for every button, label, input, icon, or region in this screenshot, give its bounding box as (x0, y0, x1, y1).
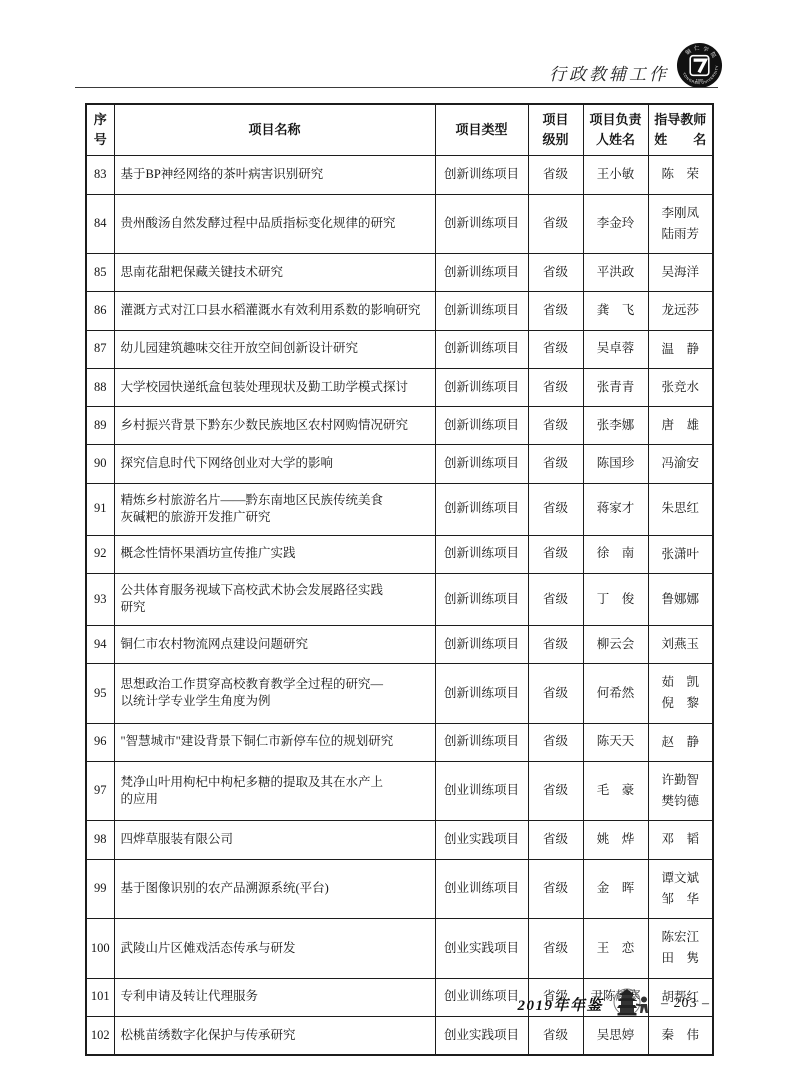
cell-type: 创新训练项目 (435, 368, 528, 406)
cell-level: 省级 (528, 330, 583, 368)
header-no: 序 号 (86, 104, 114, 156)
cell-leader: 蒋家才 (583, 483, 648, 535)
cell-teacher: 冯渝安 (648, 445, 713, 483)
cell-name: 思想政治工作贯穿高校教育教学全过程的研究— 以统计学专业学生角度为例 (114, 664, 435, 724)
cell-level: 省级 (528, 483, 583, 535)
table-row: 96"智慧城市"建设背景下铜仁市新停车位的规划研究创新训练项目省级陈天天赵 静 (86, 723, 713, 761)
yearbook-title: 2019年年鉴 (517, 994, 603, 1015)
cell-teacher: 陈宏江 田 隽 (648, 919, 713, 979)
cell-name: 铜仁市农村物流网点建设问题研究 (114, 625, 435, 663)
cell-type: 创新训练项目 (435, 483, 528, 535)
table-row: 102松桃苗绣数字化保护与传承研究创业实践项目省级吴思婷秦 伟 (86, 1016, 713, 1055)
cell-teacher: 谭文斌 邹 华 (648, 859, 713, 919)
cell-name: 贵州酸汤自然发酵过程中品质指标变化规律的研究 (114, 194, 435, 254)
cell-leader: 金 晖 (583, 859, 648, 919)
page-number: – 203 – (661, 996, 710, 1012)
cell-teacher: 温 静 (648, 330, 713, 368)
cell-name: 灌溉方式对江口县水稻灌溉水有效利用系数的影响研究 (114, 292, 435, 330)
projects-table-body: 83基于BP神经网络的茶叶病害识别研究创新训练项目省级王小敏陈 荣84贵州酸汤自… (86, 156, 713, 1055)
cell-name: "智慧城市"建设背景下铜仁市新停车位的规划研究 (114, 723, 435, 761)
cell-name: 幼儿园建筑趣味交往开放空间创新设计研究 (114, 330, 435, 368)
table-row: 88大学校园快递纸盒包装处理现状及勤工助学模式探讨创新训练项目省级张青青张竞水 (86, 368, 713, 406)
cell-name: 思南花甜粑保藏关键技术研究 (114, 254, 435, 292)
cell-teacher: 龙远莎 (648, 292, 713, 330)
cell-leader: 张李娜 (583, 407, 648, 445)
cell-leader: 龚 飞 (583, 292, 648, 330)
header-level: 项目 级别 (528, 104, 583, 156)
cell-no: 92 (86, 535, 114, 573)
cell-no: 94 (86, 625, 114, 663)
yearbook-pagoda-icon (612, 986, 652, 1022)
table-header-row: 序 号 项目名称 项目类型 项目 级别 项目负责 人姓名 指导教师 姓 名 (86, 104, 713, 156)
cell-name: 概念性情怀果酒坊宣传推广实践 (114, 535, 435, 573)
table-row: 100武陵山片区傩戏活态传承与研发创业实践项目省级王 恋陈宏江 田 隽 (86, 919, 713, 979)
cell-level: 省级 (528, 1016, 583, 1055)
cell-teacher: 赵 静 (648, 723, 713, 761)
cell-teacher: 许勤智 樊钧德 (648, 761, 713, 821)
cell-teacher: 秦 伟 (648, 1016, 713, 1055)
cell-level: 省级 (528, 445, 583, 483)
cell-name: 大学校园快递纸盒包装处理现状及勤工助学模式探讨 (114, 368, 435, 406)
cell-level: 省级 (528, 368, 583, 406)
cell-leader: 吴思婷 (583, 1016, 648, 1055)
cell-type: 创新训练项目 (435, 573, 528, 625)
cell-no: 93 (86, 573, 114, 625)
cell-type: 创新训练项目 (435, 625, 528, 663)
cell-no: 98 (86, 821, 114, 859)
cell-level: 省级 (528, 194, 583, 254)
cell-type: 创新训练项目 (435, 254, 528, 292)
header-name: 项目名称 (114, 104, 435, 156)
cell-type: 创新训练项目 (435, 723, 528, 761)
cell-leader: 毛 豪 (583, 761, 648, 821)
cell-level: 省级 (528, 664, 583, 724)
table-row: 97梵净山叶用枸杞中枸杞多糖的提取及其在水产上 的应用创业训练项目省级毛 豪许勤… (86, 761, 713, 821)
cell-name: 梵净山叶用枸杞中枸杞多糖的提取及其在水产上 的应用 (114, 761, 435, 821)
cell-name: 精炼乡村旅游名片——黔东南地区民族传统美食 灰碱粑的旅游开发推广研究 (114, 483, 435, 535)
cell-name: 松桃苗绣数字化保护与传承研究 (114, 1016, 435, 1055)
cell-leader: 姚 烨 (583, 821, 648, 859)
cell-no: 89 (86, 407, 114, 445)
table-row: 92概念性情怀果酒坊宣传推广实践创新训练项目省级徐 南张潇叶 (86, 535, 713, 573)
cell-teacher: 唐 雄 (648, 407, 713, 445)
cell-no: 85 (86, 254, 114, 292)
header-leader: 项目负责 人姓名 (583, 104, 648, 156)
cell-leader: 徐 南 (583, 535, 648, 573)
cell-no: 97 (86, 761, 114, 821)
cell-leader: 陈天天 (583, 723, 648, 761)
cell-leader: 王小敏 (583, 156, 648, 194)
header-rule (75, 87, 718, 88)
table-row: 95思想政治工作贯穿高校教育教学全过程的研究— 以统计学专业学生角度为例创新训练… (86, 664, 713, 724)
cell-no: 102 (86, 1016, 114, 1055)
cell-type: 创新训练项目 (435, 445, 528, 483)
cell-name: 基于BP神经网络的茶叶病害识别研究 (114, 156, 435, 194)
cell-level: 省级 (528, 625, 583, 663)
cell-name: 基于图像识别的农产品溯源系统(平台) (114, 859, 435, 919)
cell-name: 探究信息时代下网络创业对大学的影响 (114, 445, 435, 483)
section-title: 行政教辅工作 (549, 60, 669, 85)
cell-type: 创业实践项目 (435, 1016, 528, 1055)
cell-type: 创新训练项目 (435, 535, 528, 573)
cell-leader: 丁 俊 (583, 573, 648, 625)
cell-level: 省级 (528, 156, 583, 194)
cell-teacher: 刘燕玉 (648, 625, 713, 663)
cell-no: 86 (86, 292, 114, 330)
cell-leader: 王 恋 (583, 919, 648, 979)
cell-teacher: 李刚凤 陆雨芳 (648, 194, 713, 254)
cell-name: 武陵山片区傩戏活态传承与研发 (114, 919, 435, 979)
cell-level: 省级 (528, 821, 583, 859)
cell-type: 创新训练项目 (435, 156, 528, 194)
cell-name: 公共体育服务视域下高校武术协会发展路径实践 研究 (114, 573, 435, 625)
cell-no: 84 (86, 194, 114, 254)
table-row: 86灌溉方式对江口县水稻灌溉水有效利用系数的影响研究创新训练项目省级龚 飞龙远莎 (86, 292, 713, 330)
cell-type: 创业实践项目 (435, 821, 528, 859)
cell-teacher: 鲁娜娜 (648, 573, 713, 625)
cell-type: 创新训练项目 (435, 330, 528, 368)
cell-no: 88 (86, 368, 114, 406)
cell-no: 96 (86, 723, 114, 761)
cell-leader: 张青青 (583, 368, 648, 406)
cell-no: 90 (86, 445, 114, 483)
svg-text:1920: 1920 (696, 79, 704, 83)
table-row: 94铜仁市农村物流网点建设问题研究创新训练项目省级柳云会刘燕玉 (86, 625, 713, 663)
cell-no: 91 (86, 483, 114, 535)
table-row: 99基于图像识别的农产品溯源系统(平台)创业训练项目省级金 晖谭文斌 邹 华 (86, 859, 713, 919)
university-seal-icon: 铜仁学院 TONGREN UNIVERSITY 1920 (676, 42, 723, 89)
cell-no: 83 (86, 156, 114, 194)
cell-level: 省级 (528, 761, 583, 821)
cell-no: 100 (86, 919, 114, 979)
projects-table: 序 号 项目名称 项目类型 项目 级别 项目负责 人姓名 指导教师 姓 名 83… (85, 103, 714, 1056)
cell-type: 创新训练项目 (435, 664, 528, 724)
cell-type: 创业实践项目 (435, 919, 528, 979)
table-row: 87幼儿园建筑趣味交往开放空间创新设计研究创新训练项目省级吴卓蓉温 静 (86, 330, 713, 368)
cell-name: 乡村振兴背景下黔东少数民族地区农村网购情况研究 (114, 407, 435, 445)
table-row: 90探究信息时代下网络创业对大学的影响创新训练项目省级陈国珍冯渝安 (86, 445, 713, 483)
header-teacher: 指导教师 姓 名 (648, 104, 713, 156)
cell-level: 省级 (528, 919, 583, 979)
cell-leader: 李金玲 (583, 194, 648, 254)
cell-type: 创业训练项目 (435, 761, 528, 821)
yearbook-page: 行政教辅工作 铜仁学院 TONGREN UNIVERSITY 1920 (0, 0, 793, 1077)
cell-teacher: 邓 韬 (648, 821, 713, 859)
cell-teacher: 张竞水 (648, 368, 713, 406)
header-type: 项目类型 (435, 104, 528, 156)
cell-level: 省级 (528, 859, 583, 919)
table-row: 84贵州酸汤自然发酵过程中品质指标变化规律的研究创新训练项目省级李金玲李刚凤 陆… (86, 194, 713, 254)
cell-teacher: 吴海洋 (648, 254, 713, 292)
cell-teacher: 茹 凯 倪 黎 (648, 664, 713, 724)
cell-leader: 平洪政 (583, 254, 648, 292)
cell-leader: 何希然 (583, 664, 648, 724)
cell-type: 创业训练项目 (435, 859, 528, 919)
cell-level: 省级 (528, 254, 583, 292)
cell-no: 87 (86, 330, 114, 368)
page-header: 行政教辅工作 铜仁学院 TONGREN UNIVERSITY 1920 (0, 0, 793, 95)
table-row: 91精炼乡村旅游名片——黔东南地区民族传统美食 灰碱粑的旅游开发推广研究创新训练… (86, 483, 713, 535)
table-row: 83基于BP神经网络的茶叶病害识别研究创新训练项目省级王小敏陈 荣 (86, 156, 713, 194)
cell-level: 省级 (528, 292, 583, 330)
cell-type: 创新训练项目 (435, 292, 528, 330)
table-row: 93公共体育服务视域下高校武术协会发展路径实践 研究创新训练项目省级丁 俊鲁娜娜 (86, 573, 713, 625)
table-row: 85思南花甜粑保藏关键技术研究创新训练项目省级平洪政吴海洋 (86, 254, 713, 292)
cell-type: 创新训练项目 (435, 194, 528, 254)
cell-no: 99 (86, 859, 114, 919)
cell-name: 四烨草服装有限公司 (114, 821, 435, 859)
cell-level: 省级 (528, 723, 583, 761)
cell-teacher: 张潇叶 (648, 535, 713, 573)
cell-level: 省级 (528, 407, 583, 445)
cell-teacher: 朱思红 (648, 483, 713, 535)
page-footer: 2019年年鉴 – 203 – (0, 986, 793, 1022)
cell-level: 省级 (528, 535, 583, 573)
cell-teacher: 陈 荣 (648, 156, 713, 194)
cell-leader: 吴卓蓉 (583, 330, 648, 368)
table-row: 89乡村振兴背景下黔东少数民族地区农村网购情况研究创新训练项目省级张李娜唐 雄 (86, 407, 713, 445)
cell-type: 创新训练项目 (435, 407, 528, 445)
cell-no: 95 (86, 664, 114, 724)
cell-leader: 陈国珍 (583, 445, 648, 483)
cell-leader: 柳云会 (583, 625, 648, 663)
table-row: 98四烨草服装有限公司创业实践项目省级姚 烨邓 韬 (86, 821, 713, 859)
cell-level: 省级 (528, 573, 583, 625)
